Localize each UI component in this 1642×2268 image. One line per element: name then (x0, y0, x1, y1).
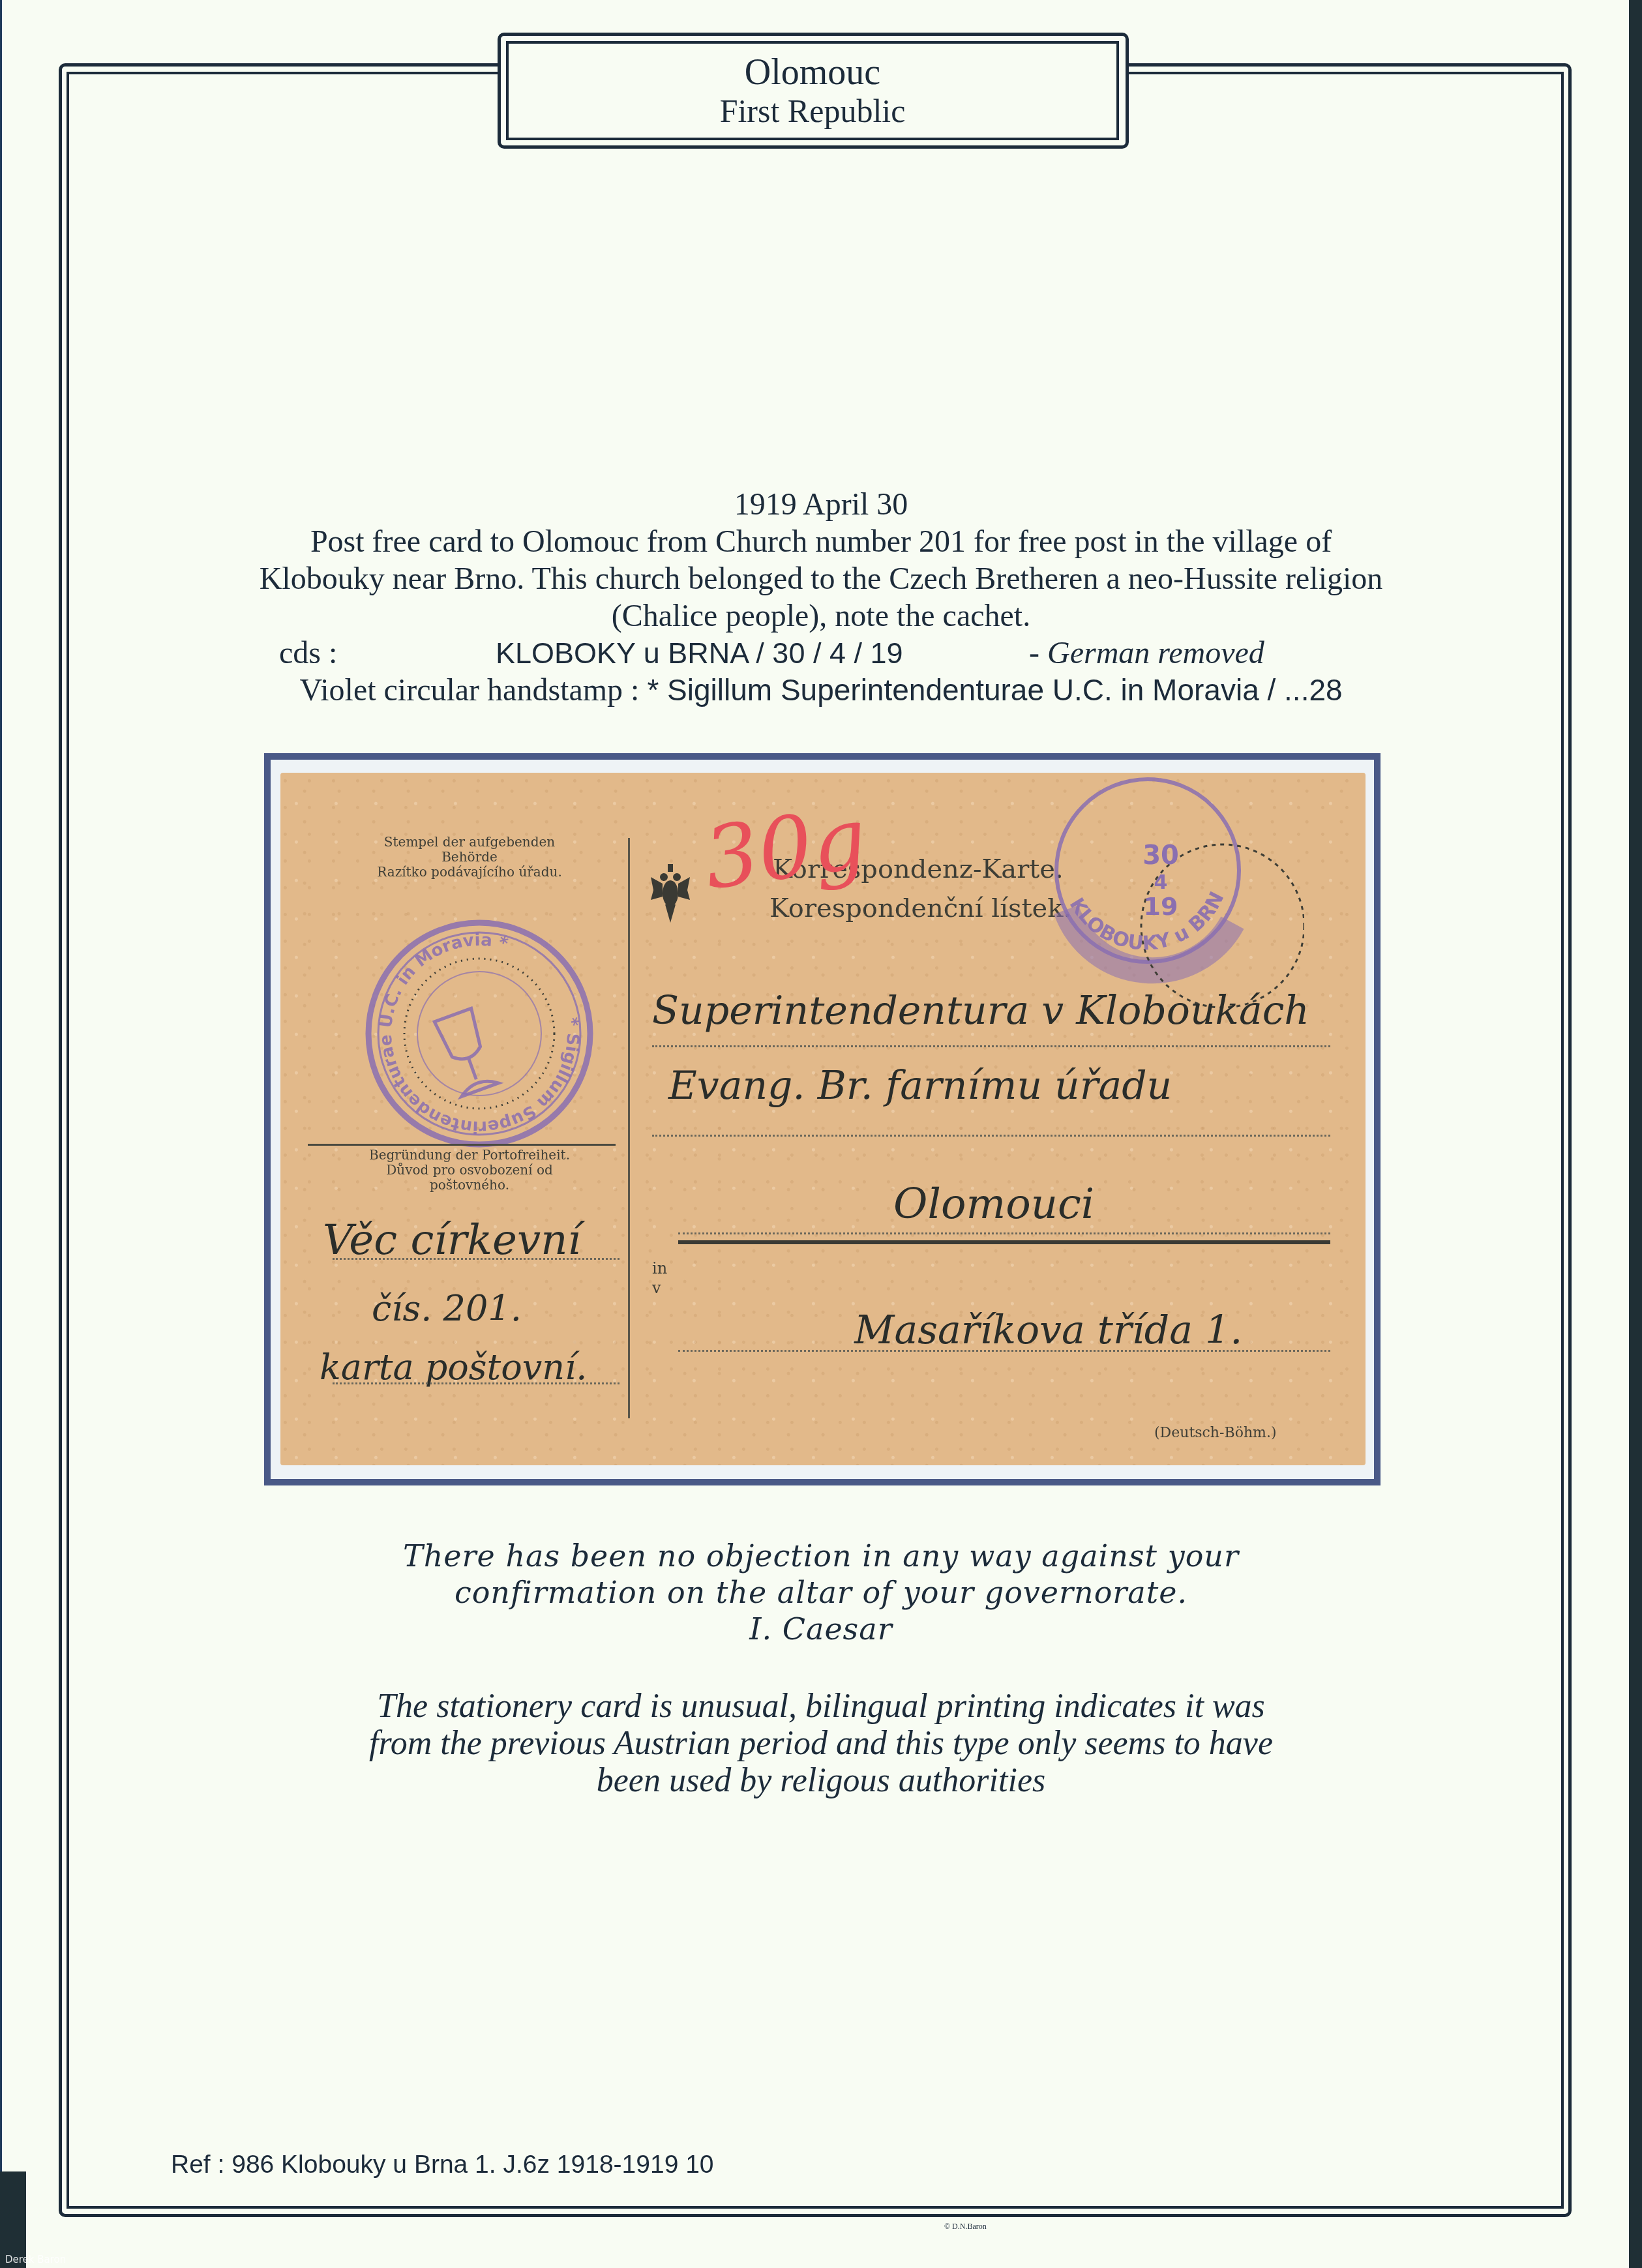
handstamp-value: * Sigillum Superintendenturae U.C. in Mo… (647, 673, 1342, 707)
dotted-line (678, 1232, 1330, 1234)
quote-block: There has been no objection in any way a… (196, 1538, 1446, 1647)
handstamp-label: Violet circular handstamp : (299, 673, 639, 708)
handwritten-reason-line: karta poštovní. (320, 1347, 588, 1388)
postmark-year: 19 (1144, 892, 1178, 921)
header-line: poštovného. (320, 1178, 619, 1193)
quote-line: confirmation on the altar of your govern… (196, 1574, 1446, 1611)
watermark: Derek Baron (5, 2254, 66, 2265)
header-line: Behörde (320, 850, 619, 865)
header-line: Důvod pro osvobození od (320, 1163, 619, 1178)
copyright-text: © D.N.Baron (944, 2222, 987, 2231)
note-line: The stationery card is unusual, bilingua… (196, 1688, 1446, 1725)
in-label: in (652, 1259, 667, 1278)
reference-text: Ref : 986 Klobouky u Brna 1. J.6z 1918-1… (171, 2151, 714, 2179)
cds-value: KLOBOKY u BRNA / 30 / 4 / 19 (496, 634, 903, 672)
postmark-day: 30 (1142, 841, 1179, 871)
dotted-line (333, 1382, 619, 1384)
page-title: Olomouc (745, 52, 880, 93)
red-pencil-marking: 30g (698, 788, 873, 908)
scan-edge-left (0, 0, 2, 2171)
postcard: Stempel der aufgebenden Behörde Razítko … (280, 773, 1366, 1465)
dotted-line (333, 1258, 619, 1260)
scan-edge-right (1629, 0, 1642, 2268)
card-title-czech: Korespondenční lístek. (769, 893, 1071, 923)
postmark: 30 4 19 KLOBOUKY u BRNA (1030, 773, 1304, 1021)
card-vertical-divider (628, 838, 630, 1418)
v-label: v (652, 1278, 667, 1298)
handwritten-reason-line: čís. 201. (372, 1288, 522, 1329)
note-block: The stationery card is unusual, bilingua… (196, 1688, 1446, 1799)
chalice-icon (434, 1008, 498, 1096)
svg-text:* Sigillum Superintendenturae: * Sigillum Superintendenturae U.C. in Mo… (362, 916, 597, 1151)
cds-note: - German removed (1029, 634, 1264, 672)
double-headed-eagle-icon (651, 864, 690, 923)
header-line: Stempel der aufgebenden (320, 835, 619, 850)
description-line: (Chalice people), note the cachet. (130, 597, 1512, 634)
description-line: Klobouky near Brno. This church belonged… (130, 560, 1512, 597)
title-box: Olomouc First Republic (506, 41, 1119, 140)
handwritten-address-city: Olomouci (893, 1180, 1094, 1229)
handwritten-address-line: Superintendentura v Kloboukách (652, 988, 1309, 1034)
handstamp-row: Violet circular handstamp : * Sigillum S… (130, 672, 1512, 709)
note-line: from the previous Austrian period and th… (196, 1725, 1446, 1762)
dotted-line (652, 1135, 1330, 1137)
dotted-line (678, 1350, 1330, 1352)
in-v-label: in v (652, 1259, 667, 1298)
handwritten-address-line: Masaříkova třída 1. (854, 1307, 1242, 1353)
quote-author: I. Caesar (196, 1611, 1446, 1647)
description-date: 1919 April 30 (130, 486, 1512, 523)
cds-row: cds : KLOBOKY u BRNA / 30 / 4 / 19 - Ger… (130, 634, 1512, 672)
dotted-line (652, 1045, 1330, 1047)
handwritten-address-line: Evang. Br. farnímu úřadu (668, 1063, 1172, 1109)
header-line: Razítko podávajícího úřadu. (320, 865, 619, 880)
page-subtitle: First Republic (720, 93, 906, 129)
city-underline (678, 1240, 1330, 1244)
cachet-text: * Sigillum Superintendenturae U.C. in Mo… (362, 916, 597, 1151)
note-line: been used by religous authorities (196, 1762, 1446, 1799)
header-line: Begründung der Portofreiheit. (320, 1148, 619, 1163)
printer-imprint: (Deutsch-Böhm.) (1154, 1425, 1276, 1441)
postmark-month: 4 (1154, 871, 1168, 894)
left-section-rule (308, 1144, 616, 1146)
franchise-reason-header: Begründung der Portofreiheit. Důvod pro … (320, 1148, 619, 1193)
cachet-stamp: * Sigillum Superintendenturae U.C. in Mo… (362, 916, 597, 1151)
handwritten-reason-line: Věc církevní (323, 1216, 581, 1264)
cds-label: cds : (279, 634, 337, 672)
sender-stamp-header: Stempel der aufgebenden Behörde Razítko … (320, 835, 619, 880)
quote-line: There has been no objection in any way a… (196, 1538, 1446, 1574)
description-line: Post free card to Olomouc from Church nu… (130, 523, 1512, 560)
description-block: 1919 April 30 Post free card to Olomouc … (130, 486, 1512, 709)
